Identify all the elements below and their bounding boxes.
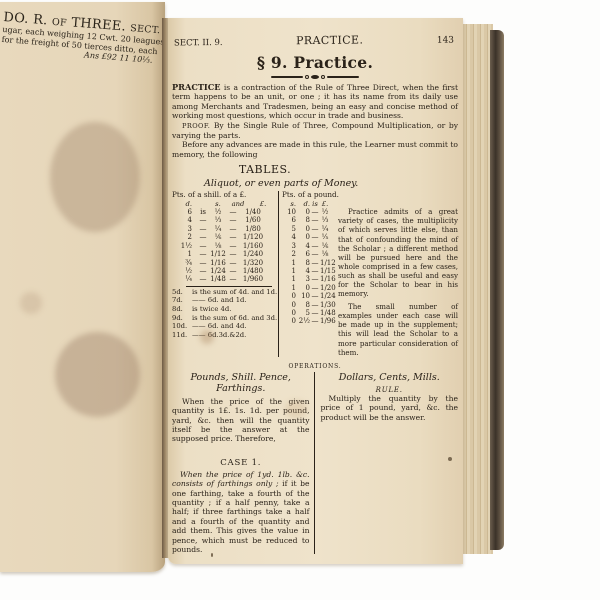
- table-row: 010—1/24: [282, 292, 332, 300]
- sum-row: 7d.—— 6d. and 1d.: [172, 296, 278, 305]
- table-row: 68—⅓: [282, 216, 332, 224]
- table-cell: £.: [250, 200, 276, 208]
- table-cell: 8d.: [172, 305, 192, 314]
- page-edges: [463, 24, 493, 554]
- page-number: 143: [437, 36, 458, 46]
- table-cell: 5d.: [172, 288, 192, 297]
- table-cell: 0: [296, 225, 310, 233]
- table-row: 50—¼: [282, 225, 332, 233]
- table-subheader: s. d. is £.: [282, 200, 332, 208]
- table-cell: 10: [296, 292, 310, 300]
- table-cell: —— 6d. and 1d.: [192, 296, 247, 305]
- case-heading: CASE 1.: [172, 458, 310, 468]
- table-cell: 1/12: [320, 259, 330, 267]
- table-cell: 8: [296, 259, 310, 267]
- table-cell: 9d.: [172, 314, 192, 323]
- table-header: Pts. of a pound.: [282, 191, 332, 199]
- table-cell: 3: [172, 225, 196, 233]
- tables-heading: TABLES.: [172, 163, 458, 176]
- table-cell: 1/24: [210, 267, 226, 275]
- table-cell: —: [226, 250, 240, 258]
- table-row: 13—1/16: [282, 275, 332, 283]
- operations-heading: OPERATIONS.: [172, 363, 458, 370]
- table-row: 02½—1/96: [282, 317, 332, 325]
- table-cell: 1/96: [320, 317, 330, 325]
- table-cell: 1/30: [320, 301, 330, 309]
- table-row: 14—1/15: [282, 267, 332, 275]
- table-cell: 1/16: [210, 259, 226, 267]
- table-cell: 7d.: [172, 296, 192, 305]
- case-text: When the price of 1yd. 1lb. &c. consists…: [172, 470, 310, 555]
- note-paragraph: Practice admits of a great variety of ca…: [338, 207, 458, 298]
- table-cell: —: [196, 225, 210, 233]
- table-cell: £.: [320, 200, 330, 208]
- table-cell: —: [226, 275, 240, 283]
- table-rule: [186, 286, 272, 287]
- table-cell: 1/160: [240, 242, 266, 250]
- table-cell: 1/480: [240, 267, 266, 275]
- table-cell: 1/240: [240, 250, 266, 258]
- table-row: ¾—1/16—1/320: [172, 259, 278, 267]
- table-cell: —: [226, 242, 240, 250]
- table-cell: —: [310, 250, 320, 258]
- table-cell: ⅓: [320, 216, 330, 224]
- stain-small: [20, 292, 42, 314]
- table-cell: —: [310, 309, 320, 317]
- section-title: § 9. Practice.: [172, 53, 458, 72]
- table-cell: d.: [296, 200, 310, 208]
- table-cell: ⅕: [320, 233, 330, 241]
- table-cell: —: [196, 233, 210, 241]
- running-title: PRACTICE.: [296, 33, 363, 47]
- table-cell: 1/80: [240, 225, 266, 233]
- table-cell: —: [226, 216, 240, 224]
- stain-right-page: [285, 400, 307, 418]
- table-cell: is the sum of 6d. and 3d.: [192, 314, 277, 323]
- book-cover-edge: [490, 30, 504, 550]
- table-cell: ⅙: [320, 242, 330, 250]
- table-header: Pts. of a shill. of a £.: [172, 191, 278, 199]
- table-cell: 1/15: [320, 267, 330, 275]
- sums-list: 5d.is the sum of 4d. and 1d. 7d.—— 6d. a…: [172, 288, 278, 340]
- left-page: DO. R. OF THREE. SECT. II. 8. ugar, each…: [0, 2, 165, 572]
- table-cell: 0: [282, 309, 296, 317]
- table-row: ¼—1/48—1/960: [172, 275, 278, 283]
- table-cell: 1: [282, 275, 296, 283]
- table-cell: 8: [296, 301, 310, 309]
- sum-row: 10d.—— 6d. and 4d.: [172, 322, 278, 331]
- table-cell: ¼: [210, 225, 226, 233]
- aliquot-heading: Aliquot, or even parts of Money.: [172, 178, 458, 189]
- table-cell: 1: [282, 259, 296, 267]
- operations-columns: Pounds, Shill. Pence, Farthings. When th…: [172, 372, 458, 555]
- table-row: 4—⅓—1/60: [172, 216, 278, 224]
- table-cell: 0: [296, 284, 310, 292]
- table-cell: ½: [172, 267, 196, 275]
- table-cell: —: [196, 216, 210, 224]
- table-cell: 1/48: [320, 309, 330, 317]
- table-cell: 1/40: [240, 208, 266, 216]
- ornament-divider: [172, 75, 458, 79]
- table-cell: 11d.: [172, 331, 192, 340]
- table-cell: —: [310, 317, 320, 325]
- stain-upper: [50, 122, 140, 232]
- table-cell: ⅛: [210, 242, 226, 250]
- table-cell: —: [226, 259, 240, 267]
- table-cell: is twice 4d.: [192, 305, 231, 314]
- table-cell: 4: [296, 242, 310, 250]
- table-row: 08—1/30: [282, 301, 332, 309]
- table-cell: and: [226, 200, 250, 208]
- table-cell: 4: [282, 233, 296, 241]
- table-cell: —: [310, 267, 320, 275]
- tables-section: Pts. of a shill. of a £. d. s. and £. 6i…: [172, 191, 458, 357]
- table-parts-of-pound: Pts. of a pound. s. d. is £. 100—½ 68—⅓ …: [278, 191, 332, 357]
- table-cell: —: [196, 250, 210, 258]
- table-cell: 4: [296, 267, 310, 275]
- table-cell: d.: [172, 200, 196, 208]
- note-paragraph: The small number of examples under each …: [338, 302, 458, 357]
- table-cell: [196, 200, 210, 208]
- table-cell: 2: [172, 233, 196, 241]
- table-cell: 0: [282, 301, 296, 309]
- table-cell: —: [226, 233, 240, 241]
- table-cell: 1½: [172, 242, 196, 250]
- table-cell: —: [310, 259, 320, 267]
- table-parts-of-shilling: Pts. of a shill. of a £. d. s. and £. 6i…: [172, 191, 278, 286]
- table-cell: 1: [282, 267, 296, 275]
- table-cell: —: [310, 225, 320, 233]
- table-cell: is: [196, 208, 210, 216]
- table-cell: —: [310, 233, 320, 241]
- table-cell: is: [310, 200, 320, 208]
- table-cell: ¼: [172, 275, 196, 283]
- table-cell: —: [196, 275, 210, 283]
- table-cell: 8: [296, 216, 310, 224]
- stain-lower: [55, 332, 140, 417]
- sum-row: 8d.is twice 4d.: [172, 305, 278, 314]
- sum-row: 11d.—— 6d.3d.&2d.: [172, 331, 278, 340]
- proof-paragraph: PROOF. By the Single Rule of Three, Comp…: [172, 121, 458, 141]
- table-cell: —: [310, 208, 320, 216]
- table-cell: 1/12: [210, 250, 226, 258]
- table-cell: 10: [282, 208, 296, 216]
- rule-heading: RULE.: [321, 386, 459, 394]
- table-cell: 1/16: [320, 275, 330, 283]
- table-cell: —: [196, 267, 210, 275]
- table-cell: 6: [172, 208, 196, 216]
- table-cell: —: [196, 242, 210, 250]
- table-cell: s.: [210, 200, 226, 208]
- table-cell: —: [310, 292, 320, 300]
- rule-text: Multiply the quantity by the price of 1 …: [321, 394, 459, 422]
- table-cell: 1/60: [240, 216, 266, 224]
- table-subheader: d. s. and £.: [172, 200, 278, 208]
- table-cell: 3: [282, 242, 296, 250]
- table-cell: 1/120: [240, 233, 266, 241]
- table-cell: 1/24: [320, 292, 330, 300]
- table-row: 2—⅙—1/120: [172, 233, 278, 241]
- table-cell: 1/20: [320, 284, 330, 292]
- paper-speck: [211, 553, 213, 557]
- table-cell: 10d.: [172, 322, 192, 331]
- sterling-heading: Pounds, Shill. Pence, Farthings.: [172, 372, 310, 394]
- table-cell: 2: [282, 250, 296, 258]
- table-cell: 4: [172, 216, 196, 224]
- table-row: 18—1/12: [282, 259, 332, 267]
- table-cell: ½: [210, 208, 226, 216]
- table-cell: —— 6d. and 4d.: [192, 322, 247, 331]
- table-cell: 1/320: [240, 259, 266, 267]
- right-page-content: SECT. II. 9. PRACTICE. 143 § 9. Practice…: [172, 34, 458, 554]
- table-cell: —: [310, 275, 320, 283]
- table-cell: —: [226, 208, 240, 216]
- memory-note: Before any advances are made in this rul…: [172, 140, 458, 159]
- table-row: 1½—⅛—1/160: [172, 242, 278, 250]
- table-row: 10—1/20: [282, 284, 332, 292]
- table-cell: ⅛: [320, 250, 330, 258]
- table-cell: 6: [282, 216, 296, 224]
- table-cell: 6: [296, 250, 310, 258]
- table-cell: ⅓: [210, 216, 226, 224]
- stain-right-page: [200, 330, 214, 344]
- table-cell: ⅙: [210, 233, 226, 241]
- table-cell: 0: [282, 292, 296, 300]
- table-row: 34—⅙: [282, 242, 332, 250]
- table-cell: 1/960: [240, 275, 266, 283]
- section-number: SECT. II. 9.: [174, 38, 223, 49]
- federal-heading: Dollars, Cents, Mills.: [321, 372, 459, 383]
- table-row: 3—¼—1/80: [172, 225, 278, 233]
- table-cell: 3: [296, 275, 310, 283]
- practice-notes: Practice admits of a great variety of ca…: [332, 191, 458, 357]
- table-row: 40—⅕: [282, 233, 332, 241]
- table-cell: 5: [296, 309, 310, 317]
- table-cell: ½: [320, 208, 330, 216]
- table-cell: 2½: [296, 317, 310, 325]
- table-cell: 1: [282, 284, 296, 292]
- table-row: 100—½: [282, 208, 332, 216]
- table-row: 1—1/12—1/240: [172, 250, 278, 258]
- table-cell: —: [310, 301, 320, 309]
- table-cell: —: [226, 267, 240, 275]
- intro-paragraph: PRACTICE is a contraction of the Rule of…: [172, 83, 458, 121]
- table-row: 05—1/48: [282, 309, 332, 317]
- federal-money-column: Dollars, Cents, Mills. RULE. Multiply th…: [315, 372, 459, 555]
- left-page-text: DO. R. OF THREE. SECT. II. 8. ugar, each…: [1, 10, 162, 65]
- table-cell: —: [310, 284, 320, 292]
- table-cell: 0: [282, 317, 296, 325]
- sum-row: 5d.is the sum of 4d. and 1d.: [172, 288, 278, 297]
- table-cell: 1/48: [210, 275, 226, 283]
- table-cell: —: [310, 216, 320, 224]
- table-cell: —: [196, 259, 210, 267]
- table-cell: —: [310, 242, 320, 250]
- table-cell: s.: [282, 200, 296, 208]
- table-row: 26—⅛: [282, 250, 332, 258]
- table-cell: ¾: [172, 259, 196, 267]
- paper-speck: [448, 457, 452, 461]
- table-cell: 1: [172, 250, 196, 258]
- table-row: 6is½—1/40: [172, 208, 278, 216]
- table-cell: ¼: [320, 225, 330, 233]
- table-cell: 0: [296, 208, 310, 216]
- table-cell: is the sum of 4d. and 1d.: [192, 288, 277, 297]
- table-cell: 0: [296, 233, 310, 241]
- running-head: SECT. II. 9. PRACTICE. 143: [172, 33, 458, 49]
- table-cell: —: [226, 225, 240, 233]
- table-row: ½—1/24—1/480: [172, 267, 278, 275]
- photo-scene: DO. R. OF THREE. SECT. II. 8. ugar, each…: [0, 0, 600, 600]
- sum-row: 9d.is the sum of 6d. and 3d.: [172, 314, 278, 323]
- table-cell: 5: [282, 225, 296, 233]
- shilling-table-block: Pts. of a shill. of a £. d. s. and £. 6i…: [172, 191, 278, 357]
